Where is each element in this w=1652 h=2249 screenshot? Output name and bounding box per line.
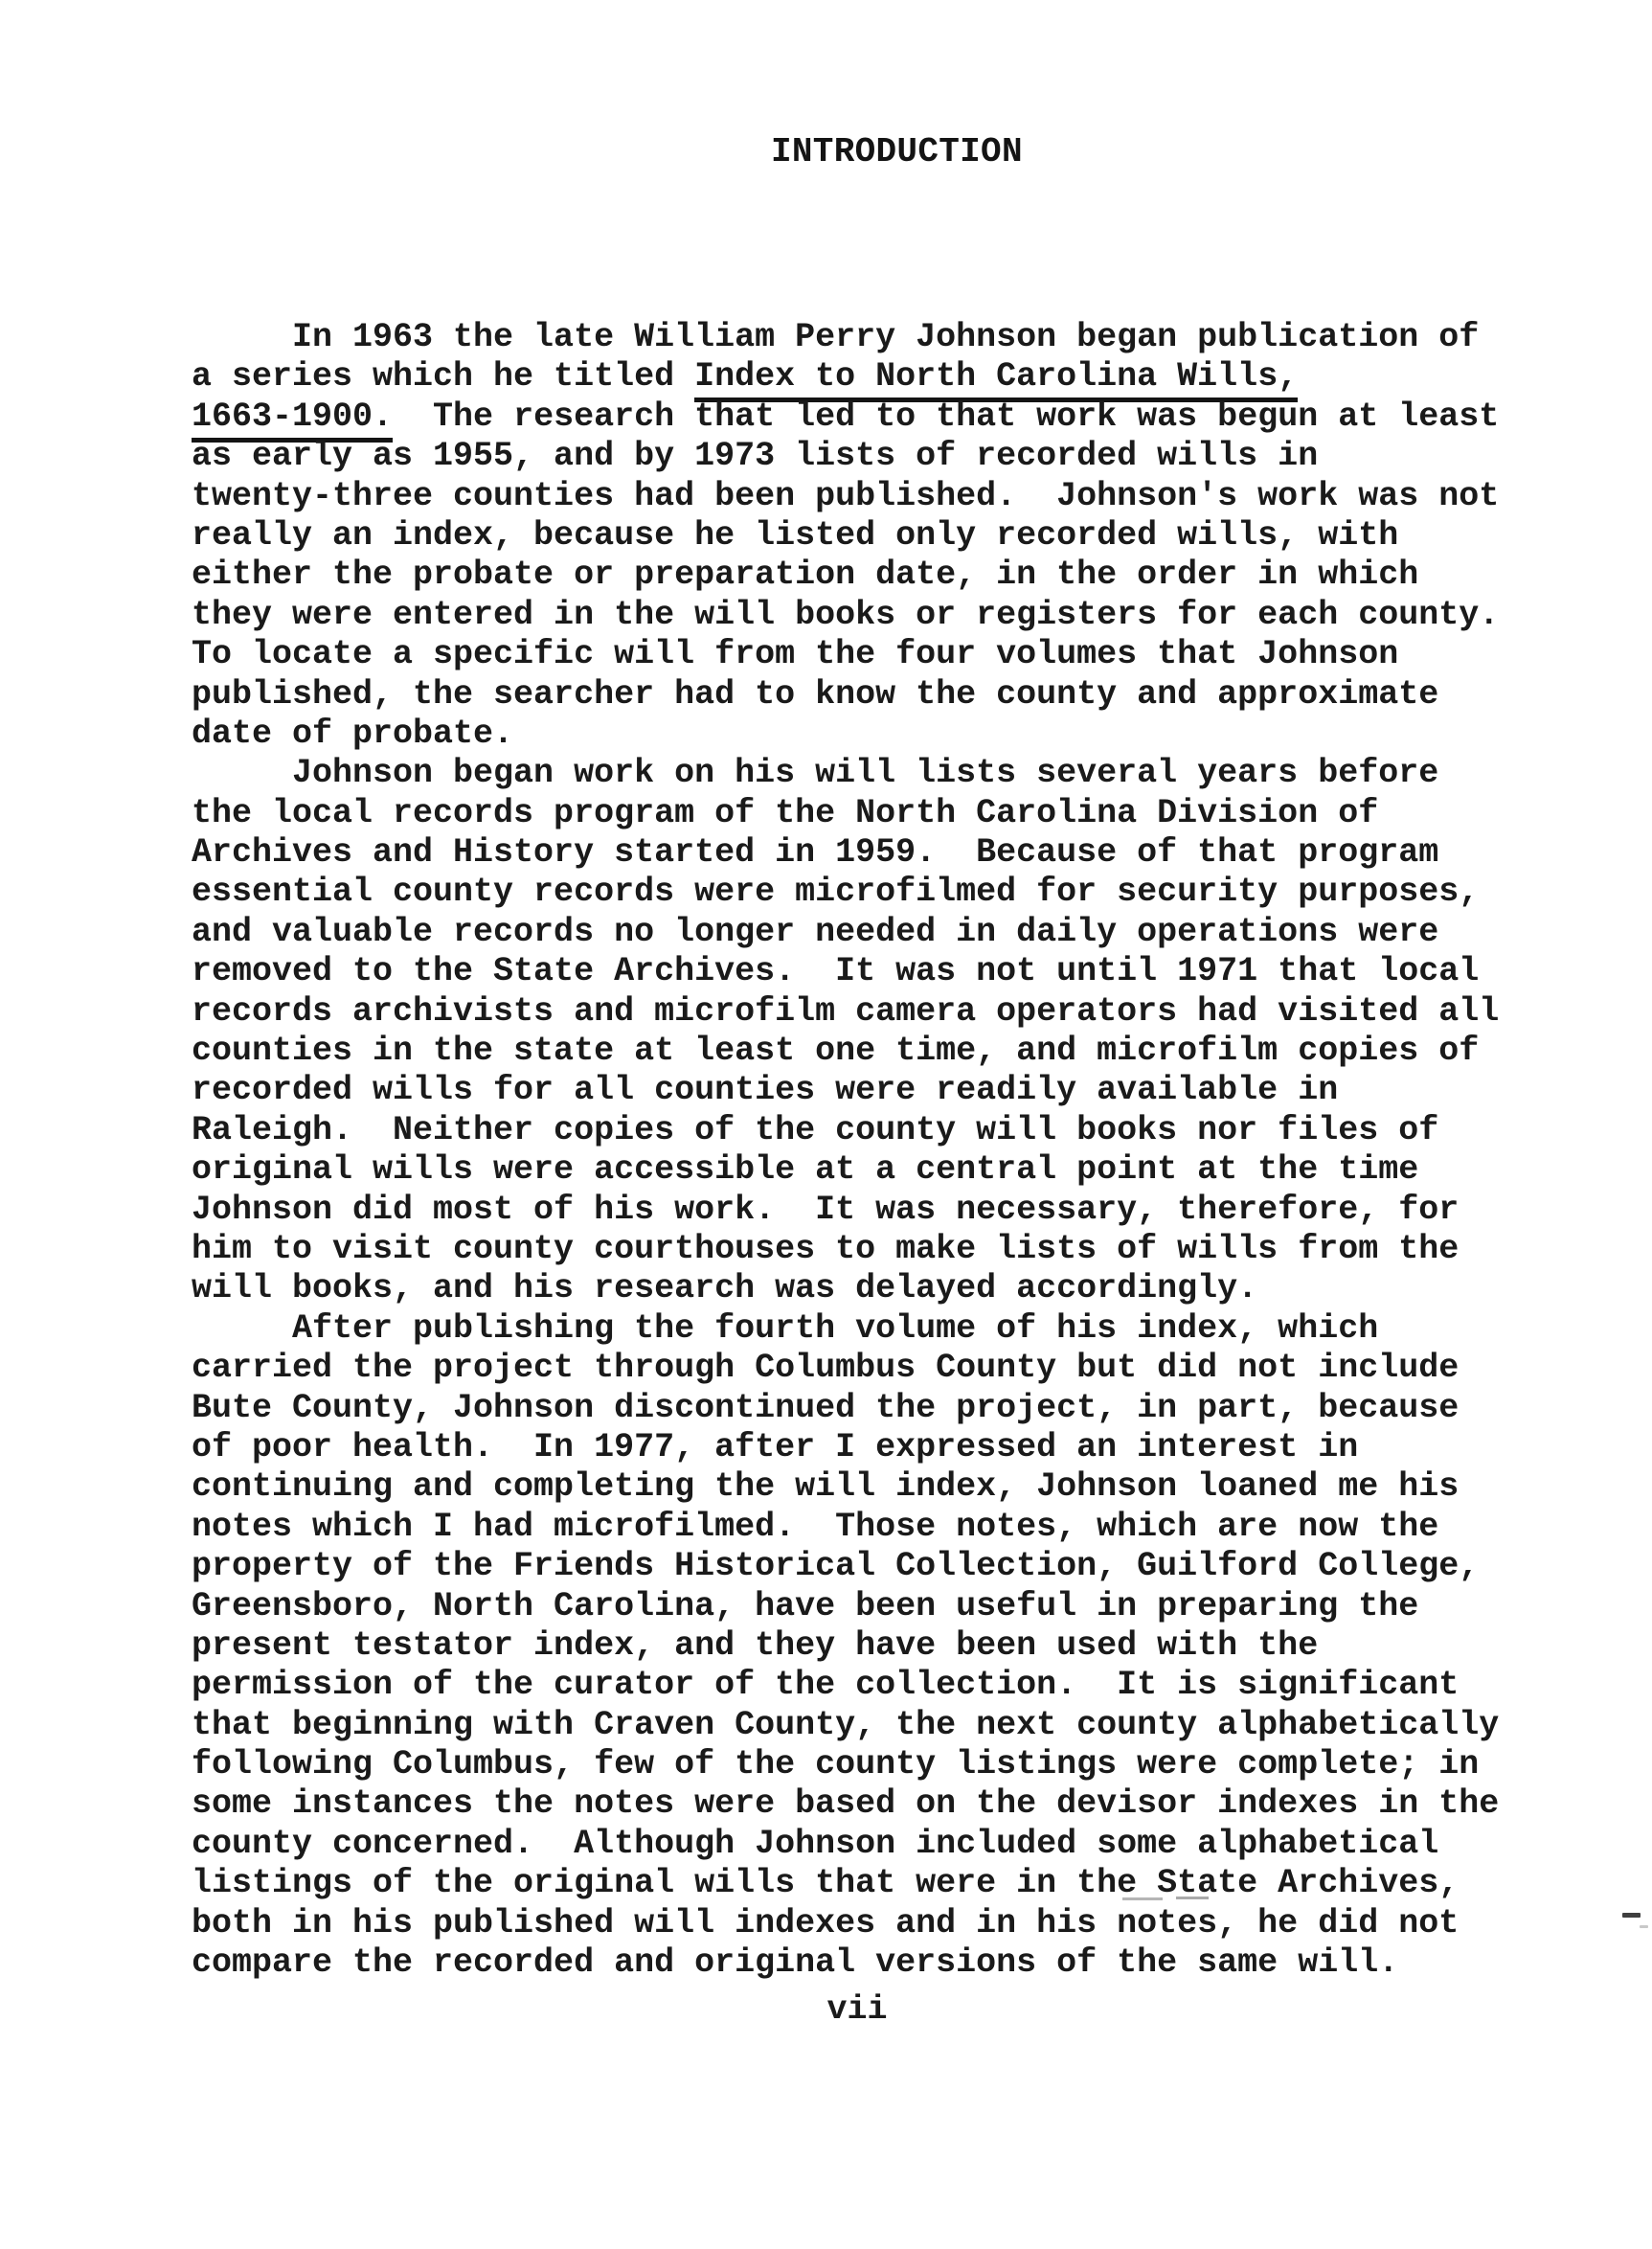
text-line: published, the searcher had to know the …: [192, 675, 1532, 715]
text-line: date of probate.: [192, 715, 1532, 754]
text-line: After publishing the fourth volume of hi…: [192, 1309, 1532, 1349]
text-line: will books, and his research was delayed…: [192, 1269, 1532, 1308]
text-line: records archivists and microfilm camera …: [192, 992, 1532, 1032]
scan-artifact-dash: [1622, 1913, 1641, 1918]
underlined-book-title: Index to North Carolina Wills,: [694, 357, 1298, 402]
text-line: Raleigh. Neither copies of the county wi…: [192, 1111, 1532, 1150]
text-segment: a series which he titled: [192, 357, 694, 396]
scan-ghost-mark: [1122, 1897, 1163, 1900]
text-line: present testator index, and they have be…: [192, 1626, 1532, 1666]
text-line: some instances the notes were based on t…: [192, 1784, 1532, 1824]
text-line: listings of the original wills that were…: [192, 1864, 1532, 1903]
text-line: and valuable records no longer needed in…: [192, 913, 1532, 952]
text-line: county concerned. Although Johnson inclu…: [192, 1825, 1532, 1864]
text-line: permission of the curator of the collect…: [192, 1666, 1532, 1705]
text-line: essential county records were microfilme…: [192, 873, 1532, 912]
text-line: carried the project through Columbus Cou…: [192, 1349, 1532, 1388]
text-line: the local records program of the North C…: [192, 794, 1532, 833]
text-line: that beginning with Craven County, the n…: [192, 1706, 1532, 1745]
text-line: property of the Friends Historical Colle…: [192, 1547, 1532, 1586]
text-line: original wills were accessible at a cent…: [192, 1150, 1532, 1190]
page-title: INTRODUCTION: [771, 135, 1023, 170]
text-line: compare the recorded and original versio…: [192, 1943, 1532, 1983]
page-number: vii: [192, 1990, 1523, 2030]
text-line: counties in the state at least one time,…: [192, 1032, 1532, 1071]
text-line: notes which I had microfilmed. Those not…: [192, 1508, 1532, 1547]
text-line: Greensboro, North Carolina, have been us…: [192, 1587, 1532, 1626]
text-line: him to visit county courthouses to make …: [192, 1230, 1532, 1269]
text-line: following Columbus, few of the county li…: [192, 1745, 1532, 1784]
text-line: In 1963 the late William Perry Johnson b…: [192, 318, 1532, 357]
scan-ghost-mark: [1176, 1897, 1209, 1899]
body-text: In 1963 the late William Perry Johnson b…: [192, 318, 1532, 1983]
text-line: both in his published will indexes and i…: [192, 1904, 1532, 1943]
text-line: really an index, because he listed only …: [192, 516, 1532, 556]
underlined-book-title: 1663-1900.: [192, 398, 393, 443]
text-line: Archives and History started in 1959. Be…: [192, 833, 1532, 873]
text-line: recorded wills for all counties were rea…: [192, 1071, 1532, 1110]
text-line: they were entered in the will books or r…: [192, 596, 1532, 635]
text-line: Bute County, Johnson discontinued the pr…: [192, 1389, 1532, 1428]
text-segment: The research that led to that work was b…: [393, 398, 1499, 436]
text-line: either the probate or preparation date, …: [192, 556, 1532, 595]
text-line: as early as 1955, and by 1973 lists of r…: [192, 437, 1532, 476]
text-line: of poor health. In 1977, after I express…: [192, 1428, 1532, 1467]
text-line: a series which he titled Index to North …: [192, 357, 1532, 397]
text-line: twenty-three counties had been published…: [192, 477, 1532, 516]
text-line: To locate a specific will from the four …: [192, 635, 1532, 674]
scan-artifact-speck: [1640, 1925, 1648, 1928]
text-line: Johnson began work on his will lists sev…: [192, 754, 1532, 793]
text-line: removed to the State Archives. It was no…: [192, 952, 1532, 991]
text-line: Johnson did most of his work. It was nec…: [192, 1191, 1532, 1230]
text-line: 1663-1900. The research that led to that…: [192, 398, 1532, 437]
text-line: continuing and completing the will index…: [192, 1467, 1532, 1507]
scanned-document-page: INTRODUCTION In 1963 the late William Pe…: [0, 0, 1652, 2249]
